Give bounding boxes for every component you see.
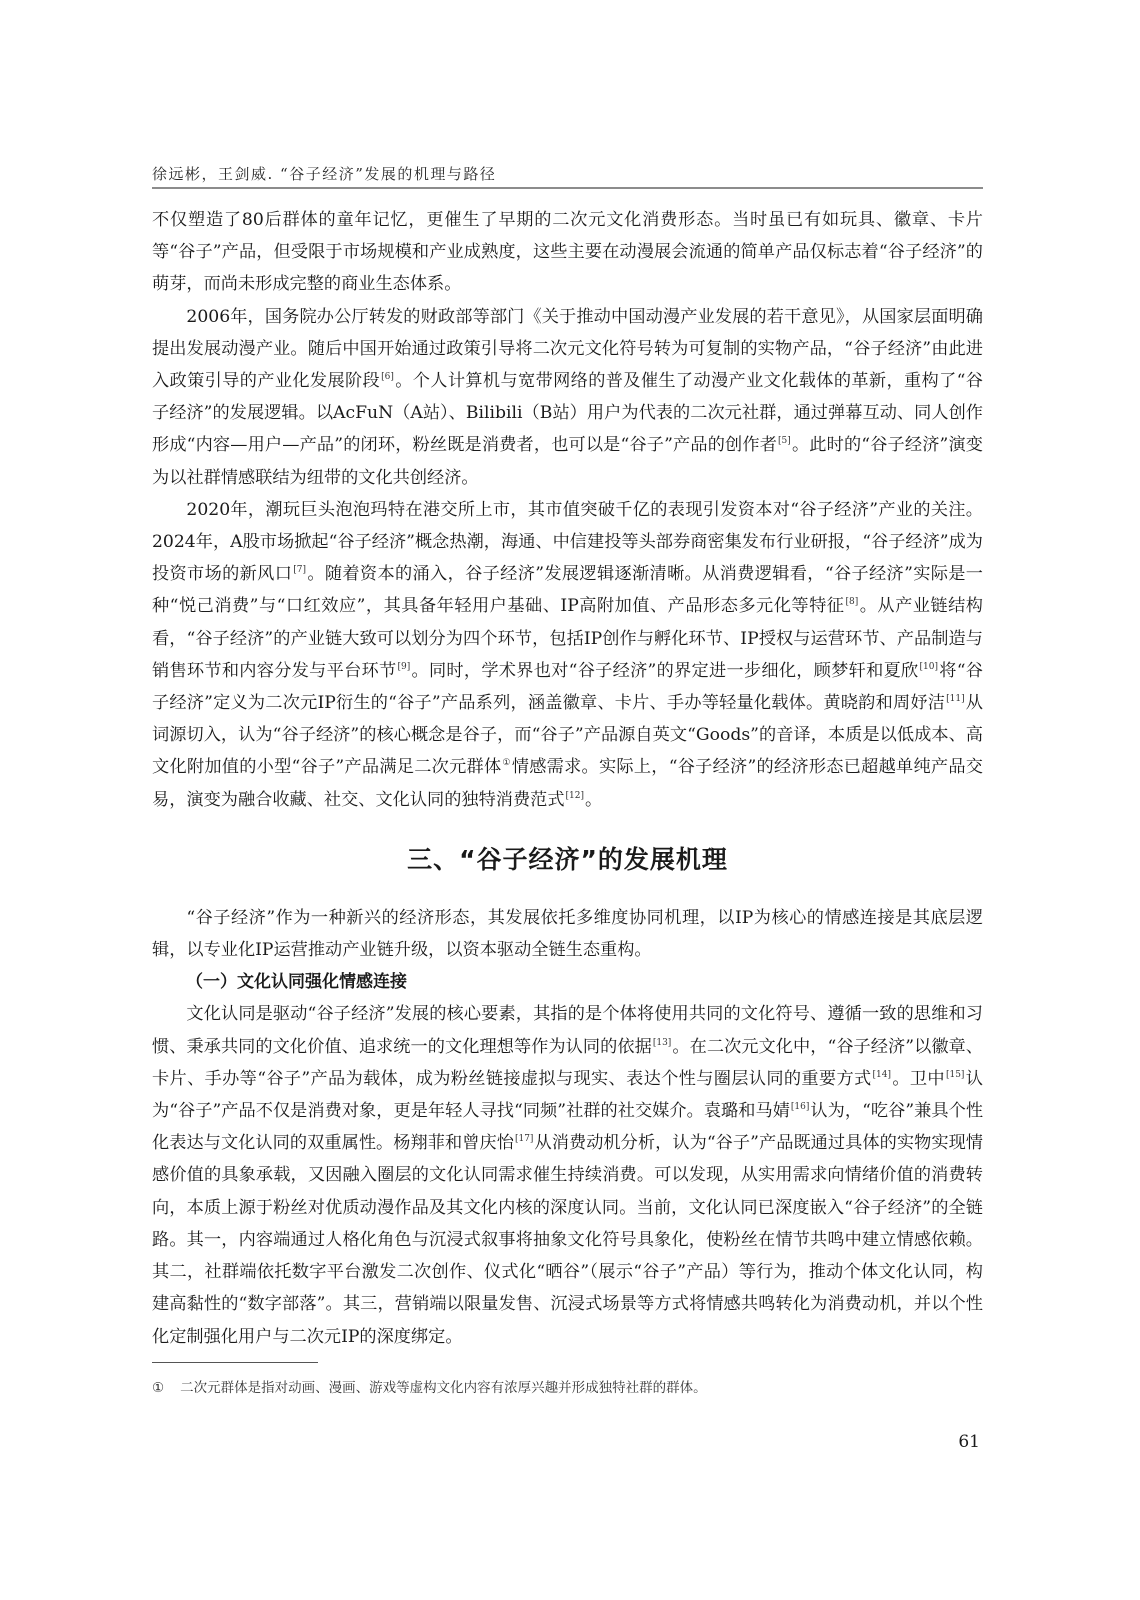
citation-ref: [6]: [381, 372, 394, 382]
citation-ref: [8]: [845, 597, 858, 607]
footnote-text: 二次元群体是指对动画、漫画、游戏等虚构文化内容有浓厚兴趣并形成独特社群的群体。: [180, 1380, 707, 1396]
citation-ref: [15]: [946, 1070, 964, 1080]
citation-ref: [10]: [920, 662, 938, 672]
citation-ref: [5]: [778, 436, 791, 446]
paragraph: 2020年，潮玩巨头泡泡玛特在港交所上市，其市值突破千亿的表现引发资本对“谷子经…: [152, 494, 983, 816]
subsection-paragraph: 文化认同是驱动“谷子经济”发展的核心要素，其指的是个体将使用共同的文化符号、遵循…: [152, 998, 983, 1352]
paragraph: 2006年，国务院办公厅转发的财政部等部门《关于推动中国动漫产业发展的若干意见》…: [152, 301, 983, 494]
footnote-mark: ①: [152, 1380, 164, 1396]
header-rule: [152, 187, 983, 189]
section-intro: “谷子经济”作为一种新兴的经济形态，其发展依托多维度协同机理，以IP为核心的情感…: [152, 902, 983, 966]
citation-ref: [7]: [293, 565, 306, 575]
citation-ref: [16]: [791, 1102, 809, 1112]
footnote-rule: [152, 1362, 318, 1363]
citation-ref: [11]: [946, 694, 964, 704]
footnote: ①二次元群体是指对动画、漫画、游戏等虚构文化内容有浓厚兴趣并形成独特社群的群体。: [152, 1376, 707, 1396]
page-number: 61: [940, 1432, 980, 1452]
subsection-title: （一）文化认同强化情感连接: [152, 966, 983, 998]
section-title: 三、“谷子经济”的发展机理: [152, 843, 983, 877]
running-head: 徐远彬，王剑威. “谷子经济”发展的机理与路径: [152, 163, 496, 184]
citation-ref: [9]: [397, 662, 410, 672]
citation-ref: [14]: [873, 1070, 891, 1080]
citation-ref: ①: [502, 758, 510, 768]
citation-ref: [13]: [653, 1038, 671, 1048]
paragraph: 不仅塑造了80后群体的童年记忆，更催生了早期的二次元文化消费形态。当时虽已有如玩…: [152, 204, 983, 301]
paragraphs-before: 不仅塑造了80后群体的童年记忆，更催生了早期的二次元文化消费形态。当时虽已有如玩…: [152, 204, 983, 816]
citation-ref: [12]: [566, 791, 584, 801]
body-text: 不仅塑造了80后群体的童年记忆，更催生了早期的二次元文化消费形态。当时虽已有如玩…: [152, 204, 983, 1353]
citation-ref: [17]: [515, 1134, 533, 1144]
